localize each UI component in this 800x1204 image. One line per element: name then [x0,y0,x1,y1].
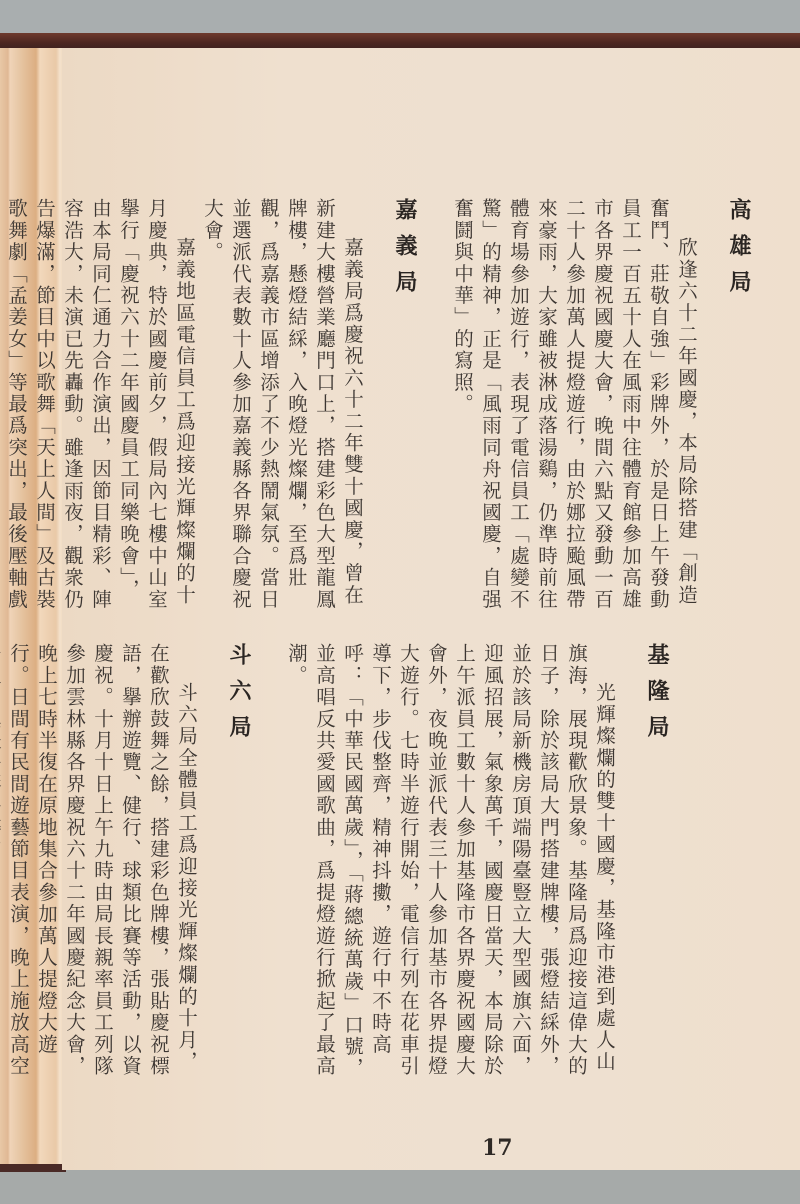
section-heading-kaohsiung: 高雄局 [724,198,752,616]
paragraph-chiayi-2: 嘉義地區電信員工爲迎接光輝燦爛的十月慶典，特於國慶前夕，假局內七樓中山室擧行「慶… [0,198,198,616]
section-heading-keelung: 基隆局 [642,643,670,1083]
paragraph-chiayi-1: 嘉義局爲慶祝六十二年雙十國慶，曾在新建大樓營業廳門口上，搭建彩色大型龍鳳牌樓，懸… [198,198,366,616]
background-surface [0,1170,800,1204]
book-cover-edge-top [0,33,800,49]
bottom-text-block: 基隆局 光輝燦爛的雙十國慶，基隆市港到處人山旗海，展現歡欣景象。基隆局爲迎接這偉… [120,643,680,1083]
section-heading-chiayi: 嘉義局 [390,198,418,616]
page-number: 17 [482,1135,513,1161]
book-page: 高雄局 欣逢六十二年國慶，本局除搭建「創造奮鬥、莊敬自強」彩牌外，於是日上午發動… [62,48,800,1170]
section-heading-douliu: 斗六局 [224,643,252,1083]
paragraph-kaohsiung: 欣逢六十二年國慶，本局除搭建「創造奮鬥、莊敬自強」彩牌外，於是日上午發動員工一百… [448,198,700,616]
paragraph-douliu: 斗六局全體員工爲迎接光輝燦爛的十月，在歡欣鼓舞之餘，搭建彩色牌樓，張貼慶祝標語，… [0,643,200,1083]
top-text-block: 高雄局 欣逢六十二年國慶，本局除搭建「創造奮鬥、莊敬自強」彩牌外，於是日上午發動… [112,198,752,616]
paragraph-keelung: 光輝燦爛的雙十國慶，基隆市港到處人山旗海，展現歡欣景象。基隆局爲迎接這偉大的日子… [282,643,618,1083]
